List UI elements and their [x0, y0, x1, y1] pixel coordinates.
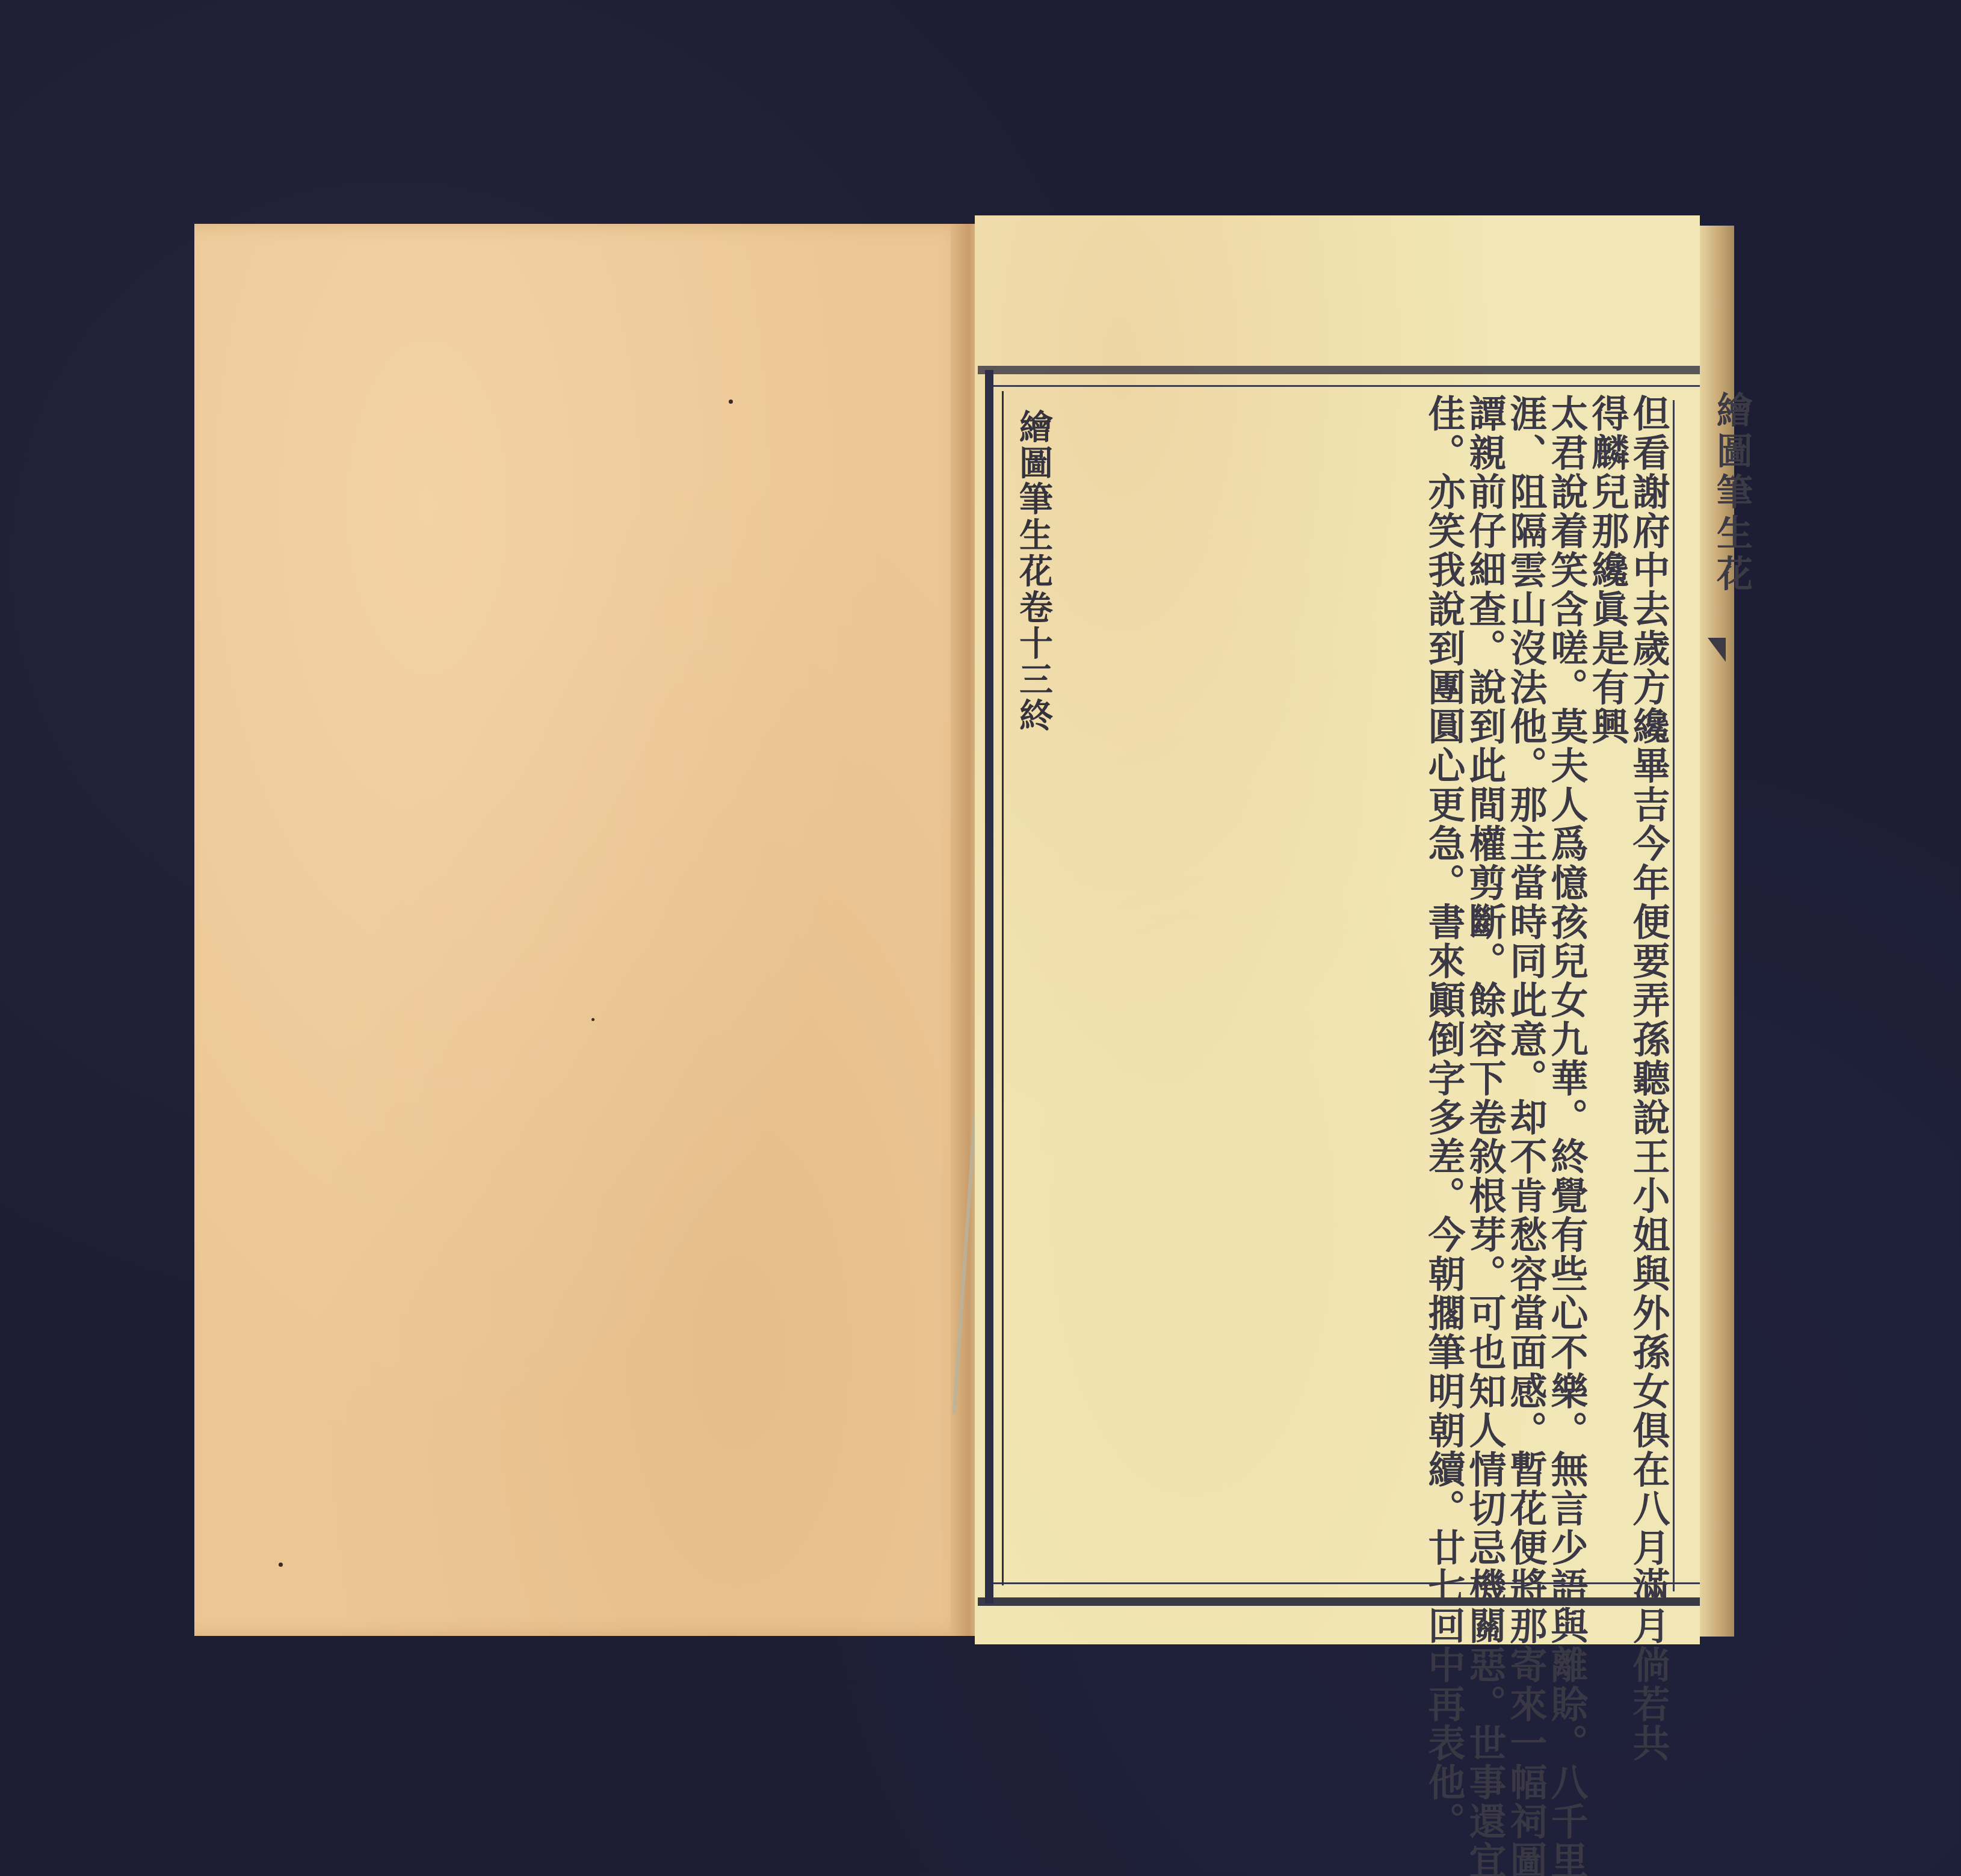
text-column: 譚親前仔細查。說到此間權剪斷。餘容下卷敘根芽。可也知人情切忌機關惡。世事還宜公道	[1466, 394, 1503, 1585]
left-page-blank	[194, 224, 971, 1636]
fishtail-mark	[1708, 638, 1726, 662]
frame-border-left-inner	[1002, 391, 1004, 1585]
text-column: 但看謝府中去歲方纔畢吉今年便要弄孫聽說王小姐與外孫女俱在八月滿月倘若共	[1629, 394, 1667, 1585]
frame-border-left	[985, 370, 993, 1603]
text-column: 佳。亦笑我說到團圓心更急。書來顚倒字多差。今朝擱筆明朝續。廿七回中再表他。	[1425, 394, 1462, 1585]
frame-border-top	[978, 366, 1700, 374]
frame-border-top-inner	[993, 385, 1700, 387]
book-spread: 繪圖筆生花卷十三終 但看謝府中去歲方纔畢吉今年便要弄孫聽說王小姐與外孫女俱在八月…	[0, 0, 1961, 1876]
paper-spot	[729, 400, 733, 404]
volume-end-label: 繪圖筆生花卷十三終	[1017, 409, 1051, 734]
book-title-spine: 繪圖筆生花	[1714, 391, 1750, 596]
paper-spot	[279, 1563, 283, 1567]
text-column: 涯、阻隔雲山沒法他。那主當時同此意。却不肯愁容當面感。暫花便將那寄來一幅祠圖樣打	[1507, 394, 1544, 1585]
text-column: 太君說着笑含嗟。莫夫人爲憶孩兒女九華。終覺有些心不樂。無言少語與離賒。八千里、天…	[1548, 394, 1585, 1585]
paper-spot	[591, 1018, 594, 1021]
frame-border-bottom	[978, 1597, 1700, 1606]
center-column-line	[1673, 400, 1675, 1591]
text-column: 得麟兒那纔眞是有興	[1589, 394, 1626, 1585]
main-text: 但看謝府中去歲方纔畢吉今年便要弄孫聽說王小姐與外孫女俱在八月滿月倘若共 得麟兒那…	[1438, 394, 1667, 1585]
